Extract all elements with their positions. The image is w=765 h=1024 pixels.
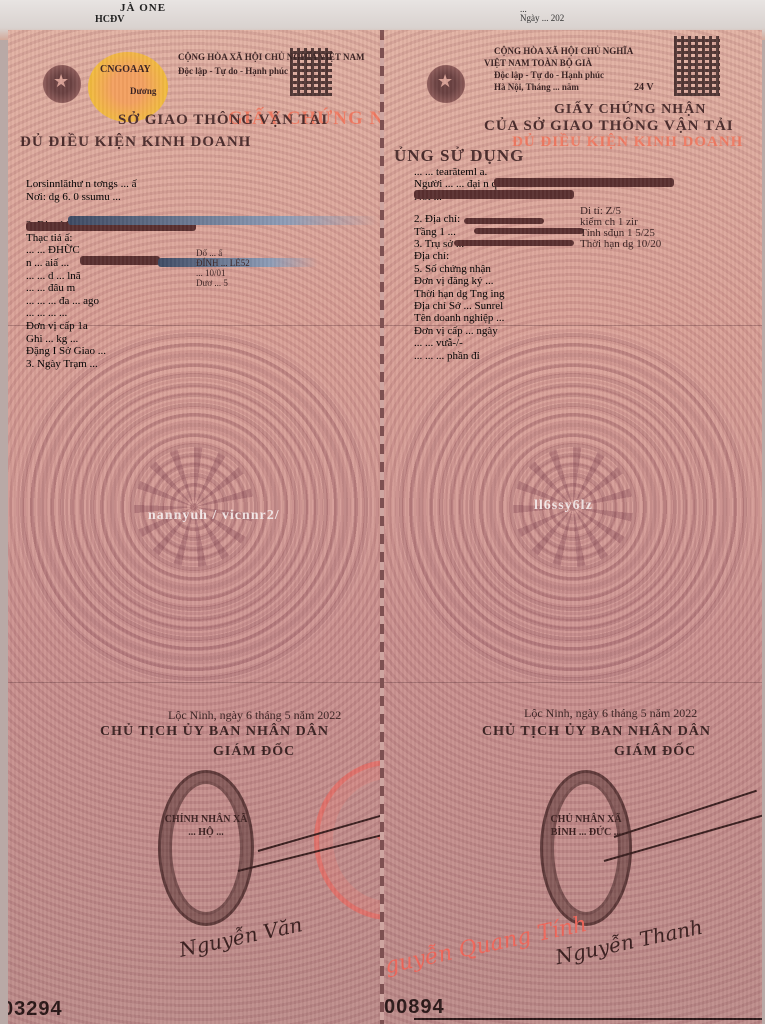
- stamp-star-icon: ★: [371, 817, 380, 864]
- body-line: Địa chỉ:: [414, 250, 529, 262]
- paper-top-text-1: JÀ ONE: [120, 2, 166, 14]
- paper-top-text-2: HCĐV: [95, 14, 124, 25]
- center-number-text: ll6ssy6lz: [534, 498, 593, 514]
- signature-org-2: GIÁM ĐỐC: [614, 744, 696, 760]
- certificate-title-1: SỞ GIAO THÔNG VẬN TẢI: [118, 112, 328, 129]
- gold-seal-text: CNGOAAY: [100, 64, 151, 75]
- body-line: Đơn vị đăng ký ...: [414, 275, 529, 287]
- black-official-stamp: CHỦ NHÂN XÃ BÌNH ... ĐỨC ...: [540, 770, 632, 926]
- signature-org-1: CHỦ TỊCH ỦY BAN NHÂN DÂN: [482, 724, 711, 740]
- certificate-title-red: ĐỦ ĐIỀU KIỆN KINH DOANH: [512, 134, 743, 151]
- paper-top-text-4: Ngày ... 202: [520, 13, 564, 23]
- body-line: Thời hạn dg Tng ing: [414, 288, 529, 300]
- serial-number: 03294: [8, 998, 63, 1021]
- country-line-2: VIỆT NAM TOÀN BỘ GIÀ: [484, 58, 592, 68]
- gold-seal-sub: Dương: [130, 86, 156, 96]
- body-line: Lorsinnlăthư n tơngs ... ấ: [26, 178, 136, 191]
- right-column-line: Thời hạn dg 10/20: [580, 239, 661, 250]
- qr-code-icon: [674, 36, 720, 96]
- certificate-title-1: GIẤY CHỨNG NHẬN: [554, 102, 706, 118]
- signature-org-2: GIÁM ĐỐC: [213, 744, 295, 760]
- redaction-bar: [414, 190, 574, 199]
- country-line-1: CỘNG HÒA XÃ HỘI CHỦ NGHĨA: [494, 46, 633, 56]
- fold-line: [8, 682, 380, 683]
- redaction-bar: [494, 178, 674, 187]
- certificate-title-3: ỦNG SỬ DỤNG: [394, 146, 524, 166]
- certificate-title-2: ĐỦ ĐIỀU KIỆN KINH DOANH: [20, 134, 251, 151]
- qr-code-icon: [290, 48, 332, 96]
- signature-org-1: CHỦ TỊCH ỦY BAN NHÂN DÂN: [100, 724, 329, 740]
- redaction-bar: [454, 240, 574, 246]
- right-right-column: Di tí: Z/5 kiểm ch 1 zir Tính sđụn 1 5/2…: [580, 206, 661, 250]
- redaction-bar: [464, 218, 544, 224]
- black-official-stamp: CHÍNH NHÂN XÃ ... HỘ ...: [158, 770, 254, 926]
- body-line: Thạc tiả ấ:: [26, 232, 136, 245]
- national-emblem-icon: [40, 62, 84, 106]
- body-line: ... ... ... đa ... ago: [26, 295, 136, 308]
- body-line: Ghi ... kg ...: [26, 333, 136, 346]
- pen-stroke: [614, 790, 757, 838]
- stamp-text: CHÍNH NHÂN XÃ ... HỘ ...: [161, 813, 251, 839]
- left-body-text: Lorsinnlăthư n tơngs ... ấ Nơi: dg 6. 0 …: [26, 178, 136, 370]
- body-line: Đơn vị cấp 1a: [26, 320, 136, 333]
- left-certificate: CNGOAAY Dương CỘNG HÒA XÃ HỘI CHỦ NGHĨA …: [8, 30, 380, 1024]
- body-line: ... ... d ... lnã: [26, 270, 136, 283]
- serial-number: 00894: [384, 996, 445, 1019]
- body-line: Đơn vị cấp ... ngày: [414, 325, 529, 337]
- body-line: 5. Số chứng nhận: [414, 263, 529, 275]
- signature-date: Lộc Ninh, ngày 6 tháng 5 năm 2022: [524, 706, 697, 721]
- body-line: Địa chỉ Sở ... Sunrel: [414, 300, 529, 312]
- red-official-stamp: ★: [314, 760, 380, 920]
- country-line-4: Hà Nội, Tháng ... năm: [494, 82, 579, 92]
- national-emblem-icon: [424, 62, 468, 106]
- bottom-rule: [414, 1018, 762, 1020]
- right-column-line: ĐÍNH ... LẺ52: [196, 258, 250, 268]
- body-line: Tên doanh nghiệp ...: [414, 312, 529, 324]
- body-line: ... ... đâu m: [26, 282, 136, 295]
- body-line: 3. Ngày Trạm ...: [26, 358, 136, 371]
- redaction-bar: [80, 256, 160, 265]
- country-line-2: Độc lập - Tự do - Hạnh phúc: [178, 66, 288, 76]
- center-number-text: nannyuh / vicnnr2/: [148, 508, 280, 524]
- country-line-1: CỘNG HÒA XÃ HỘI CHỦ NGHĨA VIỆT NAM: [178, 52, 364, 62]
- country-line-3: Độc lập - Tự do - Hạnh phúc: [494, 70, 604, 80]
- body-line: ... ... ... ...: [26, 307, 136, 320]
- body-line: ... ... vưẫ-/-: [414, 337, 529, 349]
- body-line: ... ... tearăteml a.: [414, 166, 529, 178]
- body-line: Nơi: dg 6. 0 ssumu ...: [26, 191, 136, 204]
- fold-line: [384, 682, 762, 683]
- right-column-line: ... 10/01: [196, 268, 250, 278]
- right-column-line: Dươ ... 5: [196, 278, 250, 288]
- signature-date: Lộc Ninh, ngày 6 tháng 5 năm 2022: [168, 708, 341, 723]
- right-certificate: CỘNG HÒA XÃ HỘI CHỦ NGHĨA VIỆT NAM TOÀN …: [384, 30, 762, 1024]
- redaction-bar: [474, 228, 584, 234]
- left-right-column: Dố ... ấ ĐÍNH ... LẺ52 ... 10/01 Dươ ...…: [196, 248, 250, 288]
- certificate-title-2: CỦA SỞ GIAO THÔNG VẬN TẢI: [484, 118, 734, 135]
- body-line: Đặng I Sở Giao ...: [26, 345, 136, 358]
- redaction-bar: [68, 216, 378, 225]
- date-corner: 24 V: [634, 82, 654, 93]
- body-line: ... ... ... phần đỉ: [414, 350, 529, 362]
- right-column-line: Dố ... ấ: [196, 248, 250, 258]
